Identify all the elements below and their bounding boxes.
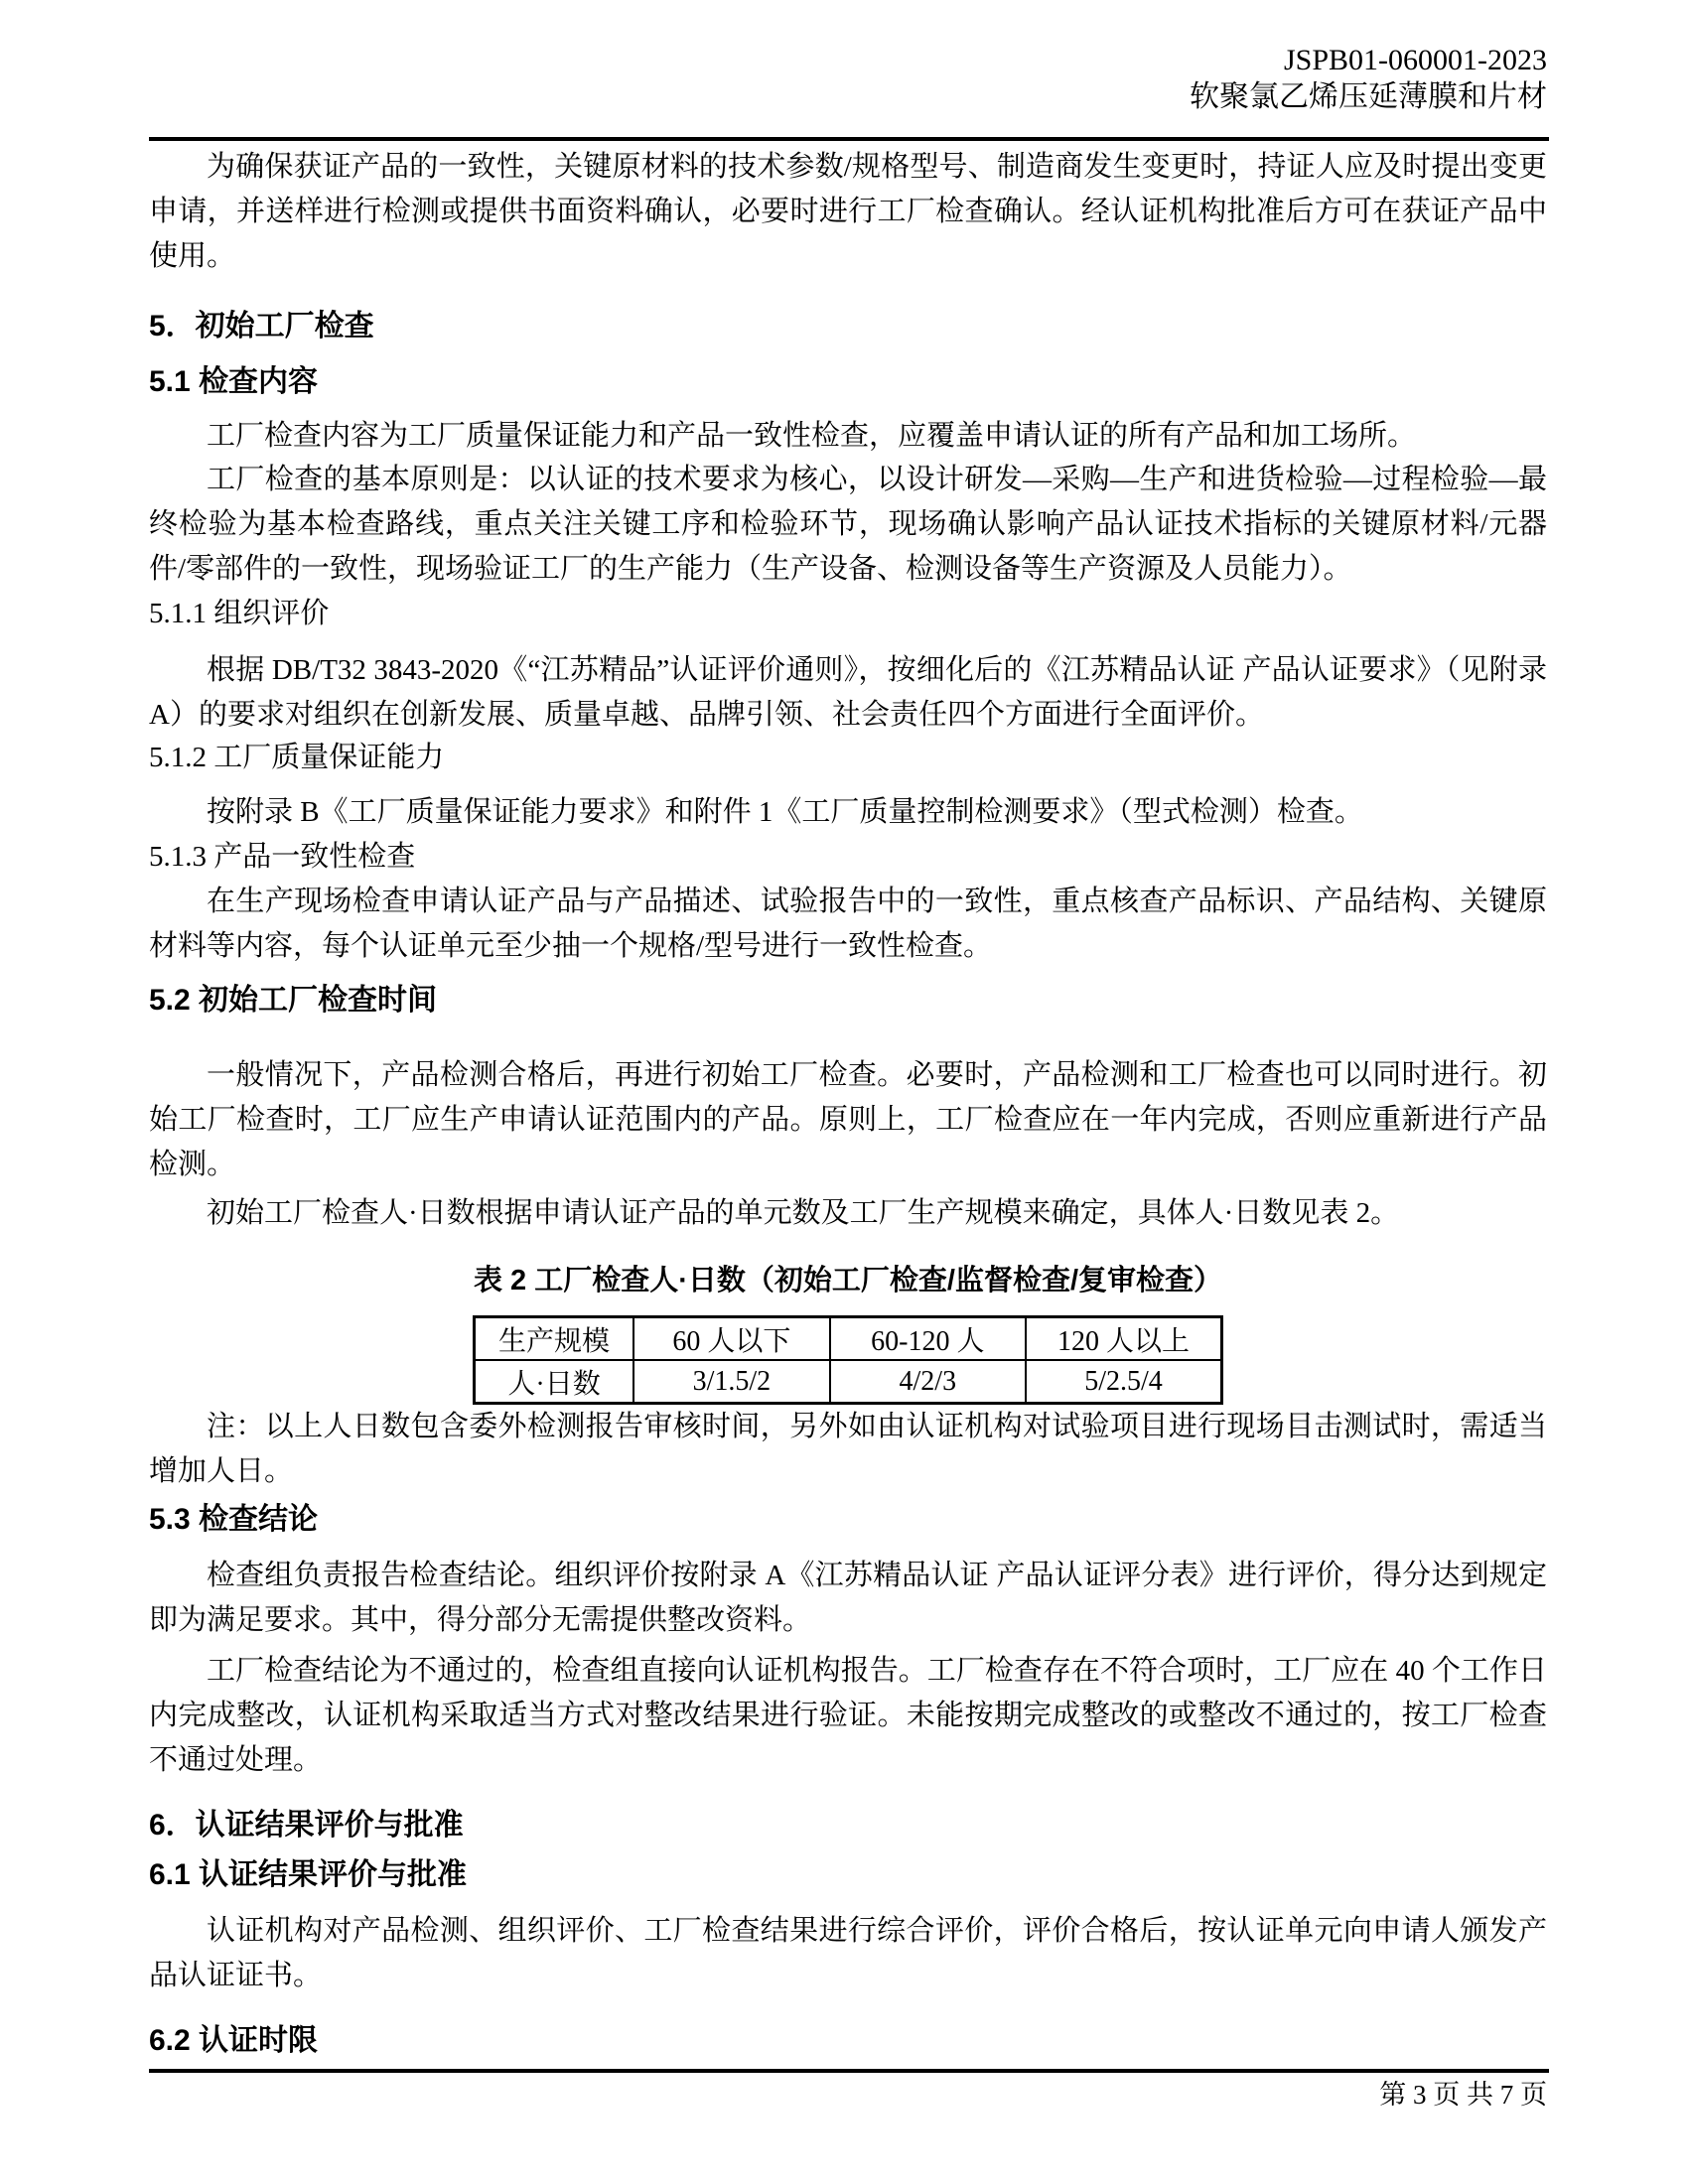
section-5-2-paragraph-2: 初始工厂检查人·日数根据申请认证产品的单元数及工厂生产规模来确定，具体人·日数见… [149,1191,1547,1236]
section-5-3-paragraph-2: 工厂检查结论为不通过的，检查组直接向认证机构报告。工厂检查存在不符合项时，工厂应… [149,1649,1547,1783]
section-6-1-paragraph: 认证机构对产品检测、组织评价、工厂检查结果进行综合评价，评价合格后，按认证单元向… [149,1909,1547,1998]
section-6-1-heading: 6.1 认证结果评价与批准 [149,1852,1547,1897]
intro-paragraph: 为确保获证产品的一致性，关键原材料的技术参数/规格型号、制造商发生变更时，持证人… [149,145,1547,279]
section-6-2-heading: 6.2 认证时限 [149,2018,1547,2063]
table-header-cell: 60-120 人 [830,1317,1026,1361]
table-2-title: 表 2 工厂检查人·日数（初始工厂检查/监督检查/复审检查） [149,1259,1547,1303]
table-header-cell: 生产规模 [475,1317,634,1361]
section-5-3-paragraph-1: 检查组负责报告检查结论。组织评价按附录 A《江苏精品认证 产品认证评分表》进行评… [149,1554,1547,1643]
table-2-wrapper: 生产规模 60 人以下 60-120 人 120 人以上 人·日数 3/1.5/… [149,1315,1547,1405]
document-header: JSPB01-060001-2023 软聚氯乙烯压延薄膜和片材 [149,42,1547,115]
doc-title: 软聚氯乙烯压延薄膜和片材 [149,78,1547,115]
table-row: 生产规模 60 人以下 60-120 人 120 人以上 [475,1317,1222,1361]
section-5-2-paragraph-1: 一般情况下，产品检测合格后，再进行初始工厂检查。必要时，产品检测和工厂检查也可以… [149,1053,1547,1187]
section-6-heading: 6．认证结果评价与批准 [149,1803,1547,1847]
table-cell: 人·日数 [475,1360,634,1404]
section-5-1-1-heading: 5.1.1 组织评价 [149,592,1547,636]
table-row: 人·日数 3/1.5/2 4/2/3 5/2.5/4 [475,1360,1222,1404]
section-5-1-1-paragraph: 根据 DB/T32 3843-2020《“江苏精品”认证评价通则》，按细化后的《… [149,648,1547,738]
section-5-1-3-heading: 5.1.3 产品一致性检查 [149,835,1547,880]
section-5-2-heading: 5.2 初始工厂检查时间 [149,978,1547,1023]
table-2: 生产规模 60 人以下 60-120 人 120 人以上 人·日数 3/1.5/… [473,1315,1223,1405]
table-cell: 3/1.5/2 [633,1360,829,1404]
page-number: 第 3 页 共 7 页 [149,2077,1547,2113]
section-5-1-2-paragraph: 按附录 B《工厂质量保证能力要求》和附件 1《工厂质量控制检测要求》（型式检测）… [149,790,1547,835]
section-5-heading: 5．初始工厂检查 [149,304,1547,348]
footer-rule [149,2069,1549,2073]
section-5-1-paragraph-2: 工厂检查的基本原则是：以认证的技术要求为核心，以设计研发—采购—生产和进货检验—… [149,458,1547,592]
table-header-cell: 60 人以下 [633,1317,829,1361]
section-5-1-paragraph-1: 工厂检查内容为工厂质量保证能力和产品一致性检查，应覆盖申请认证的所有产品和加工场… [149,414,1547,459]
table-cell: 4/2/3 [830,1360,1026,1404]
table-note: 注：以上人日数包含委外检测报告审核时间，另外如由认证机构对试验项目进行现场目击测… [149,1405,1547,1494]
section-5-1-heading: 5.1 检查内容 [149,359,1547,404]
document-page: JSPB01-060001-2023 软聚氯乙烯压延薄膜和片材 为确保获证产品的… [0,0,1688,2184]
section-5-1-3-paragraph: 在生产现场检查申请认证产品与产品描述、试验报告中的一致性，重点核查产品标识、产品… [149,880,1547,969]
doc-number: JSPB01-060001-2023 [149,42,1547,78]
section-5-1-2-heading: 5.1.2 工厂质量保证能力 [149,736,1547,780]
table-cell: 5/2.5/4 [1026,1360,1221,1404]
section-5-3-heading: 5.3 检查结论 [149,1497,1547,1542]
header-rule [149,137,1549,141]
table-header-cell: 120 人以上 [1026,1317,1221,1361]
